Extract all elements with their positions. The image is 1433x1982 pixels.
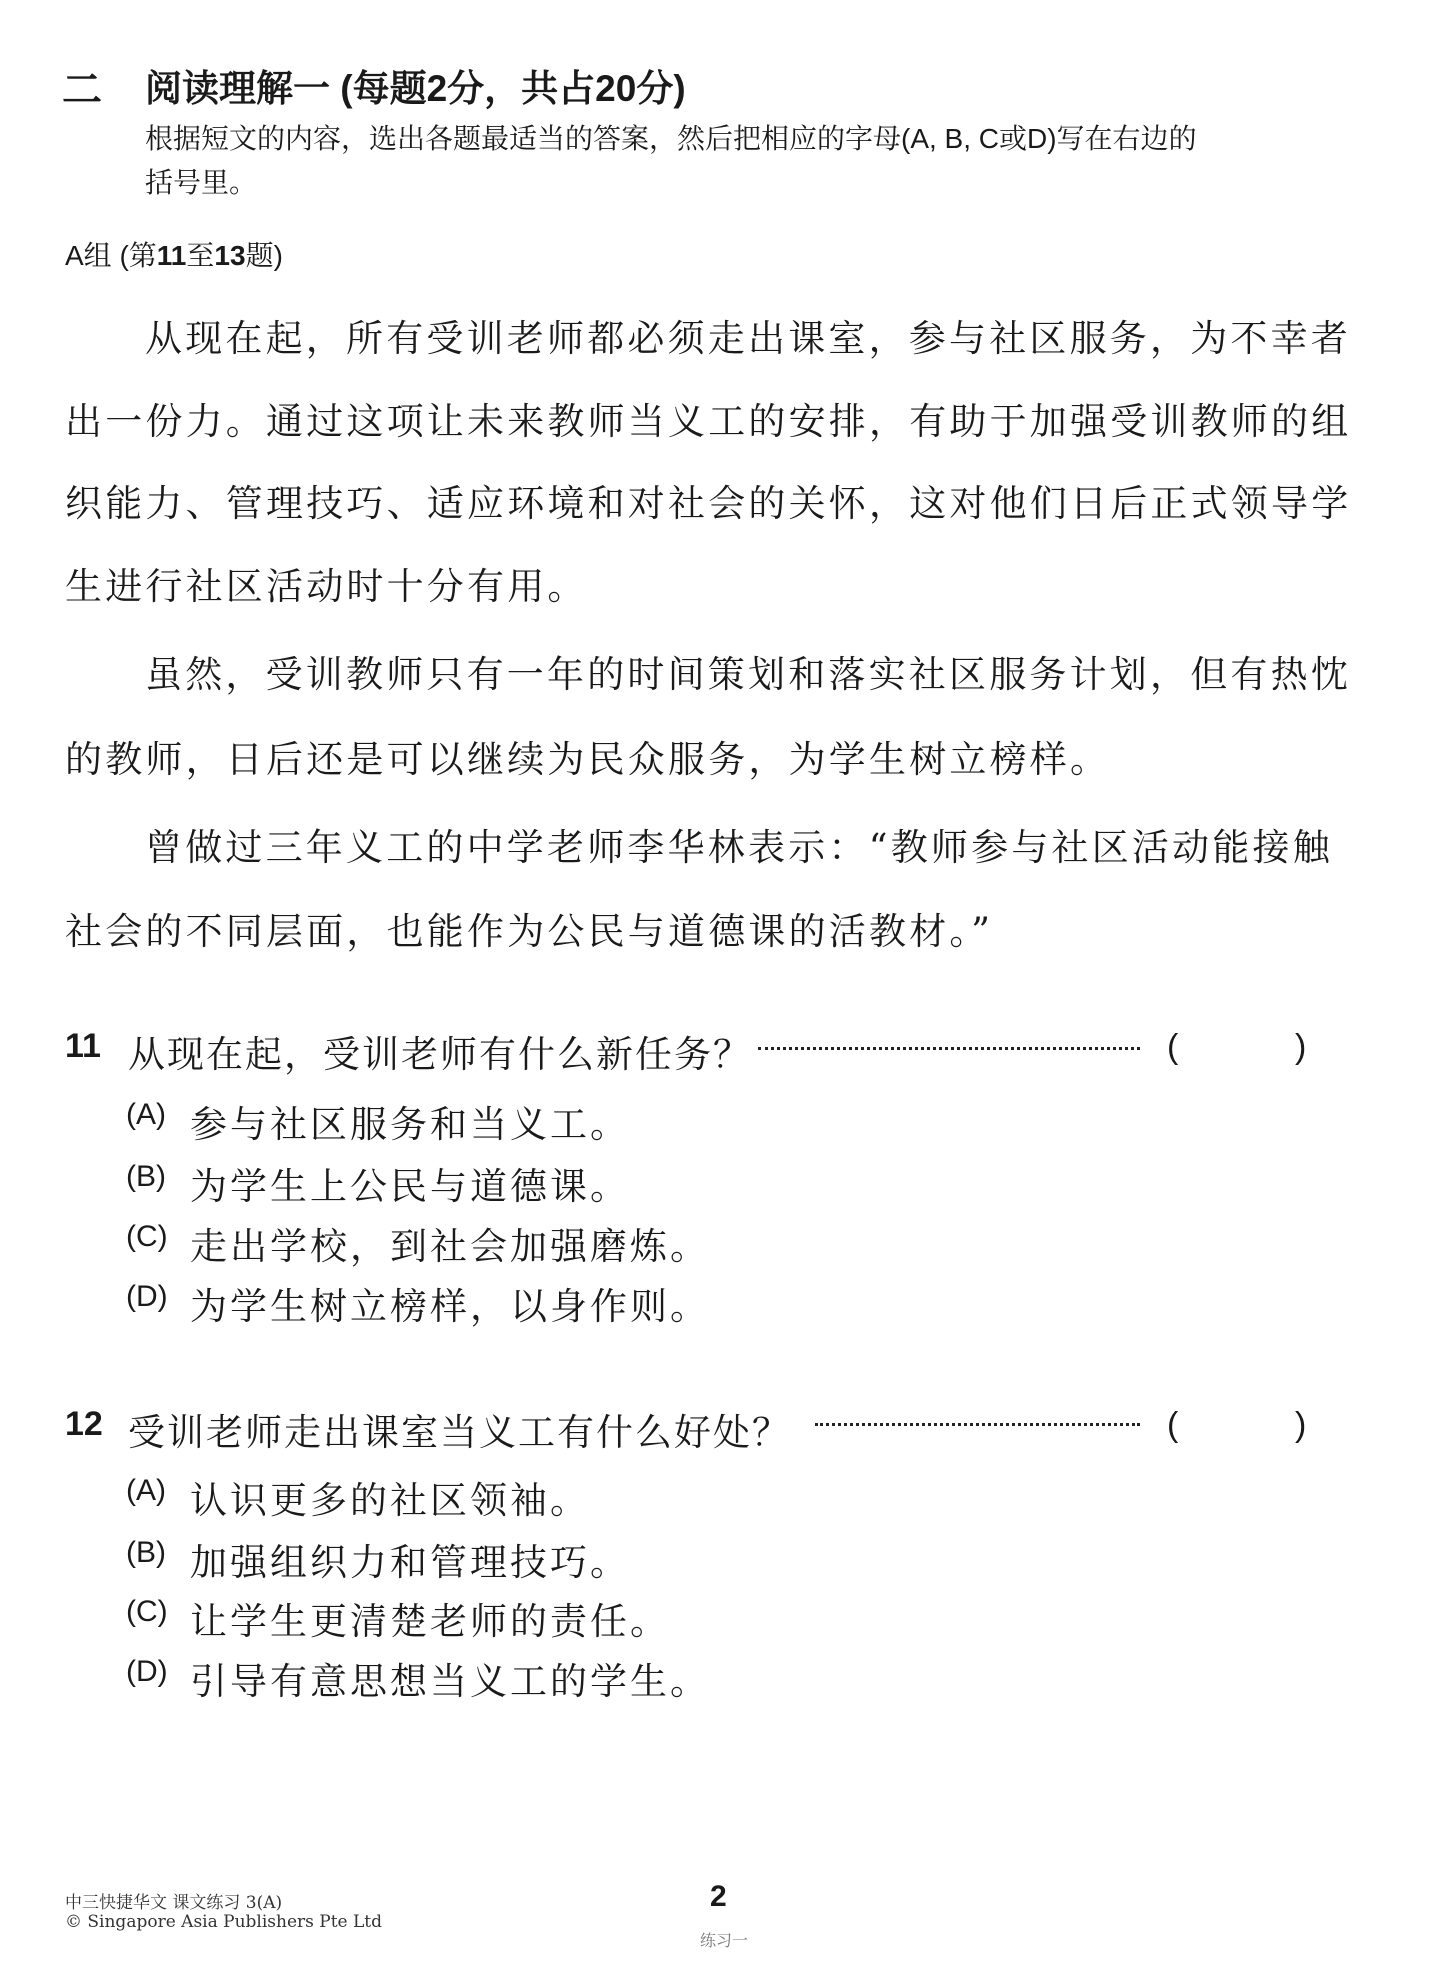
page-number: 2 — [710, 1880, 727, 1914]
passage-p2-line1: 虽然，受训教师只有一年的时间策划和落实社区服务计划，但有热忱 — [145, 644, 1351, 698]
option-c-text: 走出学校，到社会加强磨炼。 — [190, 1216, 710, 1270]
group-label-prefix: A组 (第 — [65, 240, 157, 271]
option-a-label: (A) — [126, 1098, 166, 1132]
option-b-text: 加强组织力和管理技巧。 — [190, 1532, 630, 1586]
option-d-text: 为学生树立榜样，以身作则。 — [190, 1276, 710, 1330]
option-c-text: 让学生更清楚老师的责任。 — [190, 1591, 670, 1645]
passage-p2-line2: 的教师，日后还是可以继续为民众服务，为学生树立榜样。 — [65, 729, 1110, 783]
option-c-label: (C) — [126, 1220, 168, 1254]
option-a-text: 参与社区服务和当义工。 — [190, 1094, 630, 1148]
section-title: 阅读理解一 (每题2分，共占20分) — [145, 58, 686, 112]
group-label-suffix: 题) — [246, 240, 283, 271]
instruction-line-2: 括号里。 — [145, 161, 257, 201]
passage-p3-line2: 社会的不同层面，也能作为公民与道德课的活教材。” — [65, 901, 993, 955]
option-c-label: (C) — [126, 1595, 168, 1629]
dotted-leader — [815, 1423, 1140, 1426]
passage-p1-line2: 出一份力。通过这项让未来教师当义工的安排，有助于加强受训教师的组 — [65, 391, 1351, 445]
question-text: 受训老师走出课室当义工有什么好处？ — [128, 1402, 791, 1456]
footer-book-title: 中三快捷华文 课文练习 3(A) — [65, 1888, 282, 1913]
footer-copyright: © Singapore Asia Publishers Pte Ltd — [65, 1912, 382, 1932]
question-number: 12 — [65, 1405, 103, 1444]
answer-field[interactable] — [1190, 1028, 1290, 1068]
option-a-text: 认识更多的社区领袖。 — [190, 1470, 590, 1524]
passage-p1-line1: 从现在起，所有受训老师都必须走出课室，参与社区服务，为不幸者 — [145, 308, 1351, 362]
answer-field[interactable] — [1190, 1406, 1290, 1446]
option-b-label: (B) — [126, 1160, 166, 1194]
answer-bracket-open: ( — [1167, 1406, 1178, 1445]
option-d-text: 引导有意思想当义工的学生。 — [190, 1651, 710, 1705]
section-number: 二 — [62, 58, 102, 115]
option-d-label: (D) — [126, 1655, 168, 1689]
option-a-label: (A) — [126, 1474, 166, 1508]
passage-p1-line3: 织能力、管理技巧、适应环境和对社会的关怀，这对他们日后正式领导学 — [65, 473, 1351, 527]
passage-p1-line4: 生进行社区活动时十分有用。 — [65, 556, 588, 610]
instruction-line-1: 根据短文的内容，选出各题最适当的答案，然后把相应的字母(A, B, C或D)写在… — [145, 117, 1197, 157]
answer-bracket-close: ) — [1295, 1406, 1306, 1445]
group-from: 11 — [157, 240, 187, 271]
answer-bracket-open: ( — [1167, 1028, 1178, 1067]
group-to: 13 — [214, 240, 245, 271]
passage-p3-line1: 曾做过三年义工的中学老师李华林表示：“教师参与社区活动能接触 — [145, 817, 1333, 871]
dotted-leader — [758, 1047, 1140, 1050]
question-text: 从现在起，受训老师有什么新任务？ — [128, 1024, 752, 1078]
group-label: A组 (第11至13题) — [65, 234, 283, 274]
group-mid: 至 — [186, 240, 214, 271]
option-b-label: (B) — [126, 1536, 166, 1570]
answer-bracket-close: ) — [1295, 1028, 1306, 1067]
question-number: 11 — [65, 1027, 101, 1066]
exercise-label: 练习一 — [700, 1928, 748, 1951]
option-d-label: (D) — [126, 1280, 168, 1314]
option-b-text: 为学生上公民与道德课。 — [190, 1156, 630, 1210]
